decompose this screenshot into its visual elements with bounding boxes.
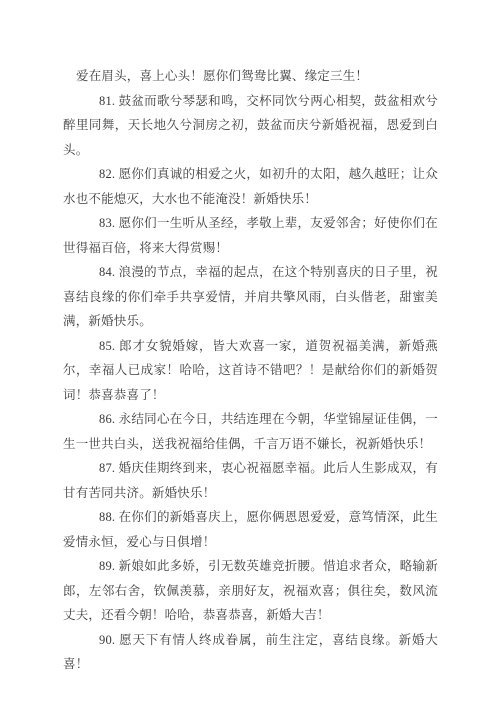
paragraph-81: 81. 鼓盆而歌兮琴瑟和鸣，交杯同饮兮两心相契，鼓盆相欢兮醉里同舞，天长地久兮洞… — [63, 89, 438, 163]
paragraph-82: 82. 愿你们真诚的相爱之火，如初升的太阳，越久越旺；让众水也不能熄灭，大水也不… — [63, 162, 438, 211]
paragraph-lead: 爱在眉头，喜上心头！愿你们鸳鸯比翼、缘定三生！ — [63, 64, 438, 89]
paragraph-83: 83. 愿你们一生听从圣经，孝敬上辈，友爱邻舍；好使你们在世得福百倍，将来大得赏… — [63, 211, 438, 260]
paragraph-88: 88. 在你们的新婚喜庆上，愿你俩恩恩爱爱，意笃情深，此生爱情永恒，爱心与日俱增… — [63, 505, 438, 554]
document-page: 爱在眉头，喜上心头！愿你们鸳鸯比翼、缘定三生！81. 鼓盆而歌兮琴瑟和鸣，交杯同… — [0, 0, 500, 707]
paragraph-84: 84. 浪漫的节点，幸福的起点，在这个特别喜庆的日子里，祝喜结良缘的你们牵手共享… — [63, 260, 438, 334]
paragraph-86: 86. 永结同心在今日，共结连理在今朝，华堂锦屋证佳偶，一生一世共白头，送我祝福… — [63, 407, 438, 456]
paragraph-89: 89. 新娘如此多娇，引无数英雄竞折腰。惜追求者众，略输新郎，左邻右舍，钦佩羡慕… — [63, 554, 438, 628]
paragraph-87: 87. 婚庆佳期终到来，衷心祝福愿幸福。此后人生影成双，有甘有苦同共济。新婚快乐… — [63, 456, 438, 505]
paragraph-list: 爱在眉头，喜上心头！愿你们鸳鸯比翼、缘定三生！81. 鼓盆而歌兮琴瑟和鸣，交杯同… — [63, 64, 438, 677]
paragraph-85: 85. 郎才女貌婚嫁，皆大欢喜一家，道贺祝福美满，新婚燕尔，幸福人已成家！哈哈，… — [63, 334, 438, 408]
paragraph-90: 90. 愿天下有情人终成眷属，前生注定，喜结良缘。新婚大喜！ — [63, 628, 438, 677]
